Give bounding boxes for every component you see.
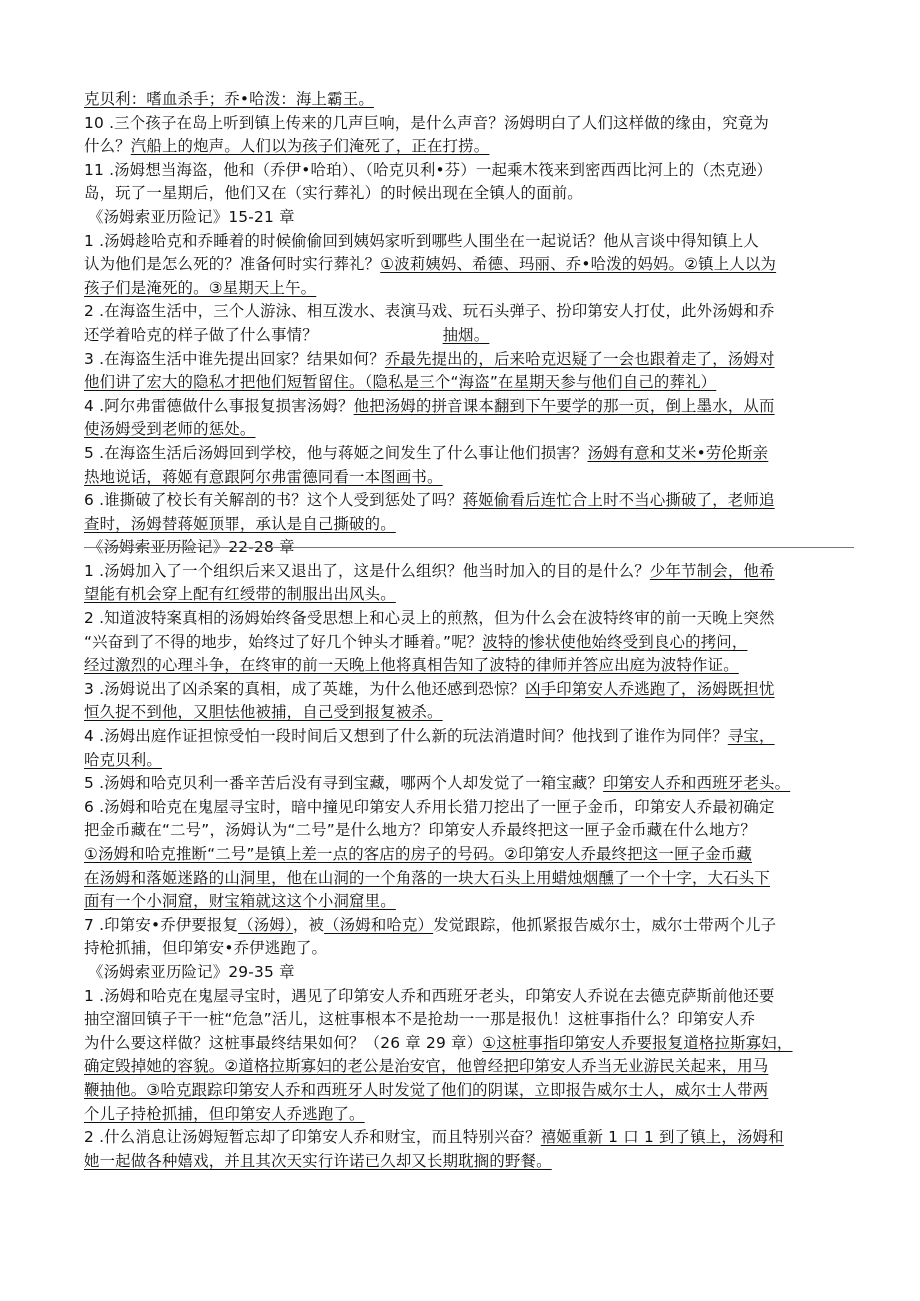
answer-text: 凶手印第安人乔逃跑了，汤姆既担忧: [525, 680, 774, 698]
question-text: 5 .在海盗生活后汤姆回到学校，他与蒋姬之间发生了什么事让他们损害？: [84, 444, 588, 462]
answer-text: 波特的惨状使他始终受到良心的拷问，: [482, 633, 747, 651]
text-line: 在汤姆和落姬迷路的山洞里，他在山洞的一个角落的一块大石头上用蜡烛烟醺了一个十字，…: [84, 867, 854, 891]
question-text: ，被: [293, 916, 324, 934]
answer-text: ①这桩事指印第安人乔要报复道格拉斯寡妇，: [482, 1034, 792, 1052]
question-text: 2 .知道波特案真相的汤姆始终备受思想上和心灵上的煎熬，但为什么会在波特终审的前…: [84, 609, 775, 627]
question-text: 4 .阿尔弗雷德做什么事报复损害汤姆？: [84, 397, 354, 415]
answer-text: 汤姆有意和艾米•劳伦斯亲: [588, 444, 769, 462]
question-text: “兴奋到了不得的地步，始终过了好几个钟头才睡着。”呢？: [84, 633, 482, 651]
answer-text: 他们讲了宏大的隐私才把他们短暂留住。（隐私是三个“海盗”在星期天参与他们自己的葬…: [84, 373, 716, 391]
section-divider: [84, 547, 854, 548]
text-line: 望能有机会穿上配有红绶带的制服出出风头。: [84, 583, 854, 607]
answer-text: 使汤姆受到老师的惩处。: [84, 420, 256, 438]
text-line: 1 .汤姆和哈克在鬼屋寻宝时，遇见了印第安人乔和西班牙老头，印第安人乔说在去德克…: [84, 985, 854, 1009]
text-line: 1 .汤姆加入了一个组织后来又退出了，这是什么组织？他当时加入的目的是什么？少年…: [84, 560, 854, 584]
question-text: 7 .印第安•乔伊要报复: [84, 916, 238, 934]
question-text: 岛，玩了一星期后，他们又在（实行葬礼）的时候出现在全镇人的面前。: [84, 184, 583, 202]
answer-text: 印第安人乔和西班牙老头。: [603, 774, 790, 792]
answer-text: 望能有机会穿上配有红绶带的制服出出风头。: [84, 585, 396, 603]
question-text: 11 .汤姆想当海盗，他和（乔伊•哈珀）、（哈克贝利•芬）一起乘木筏来到密西西比…: [84, 161, 772, 179]
answer-text: 克贝利：嗜血杀手；乔•哈泼：海上霸王。: [84, 90, 374, 108]
text-line: 克贝利：嗜血杀手；乔•哈泼：海上霸王。: [84, 88, 854, 112]
question-text: 2 .在海盗生活中，三个人游泳、相互泼水、表演马戏、玩石头弹子、扮印第安人打仗，…: [84, 302, 775, 320]
text-line: “兴奋到了不得的地步，始终过了好几个钟头才睡着。”呢？波特的惨状使他始终受到良心…: [84, 631, 854, 655]
text-line: 确定毁掉她的容貌。②道格拉斯寡妇的老公是治安官，他曾经把印第安人乔当无业游民关起…: [84, 1055, 854, 1079]
document-page: 克贝利：嗜血杀手；乔•哈泼：海上霸王。10 .三个孩子在岛上听到镇上传来的几声巨…: [84, 88, 854, 1173]
question-text: 5 .汤姆和哈克贝利一番辛苦后没有寻到宝藏，哪两个人却发觉了一箱宝藏？: [84, 774, 603, 792]
answer-text: 乔最先提出的，后来哈克迟疑了一会也跟着走了，汤姆对: [385, 350, 775, 368]
question-text: 还学着哈克的样子做了什么事情？: [84, 326, 443, 344]
section-heading: 《汤姆索亚历险记》29-35 章: [84, 961, 854, 985]
answer-text: 寻宝，: [728, 727, 775, 745]
text-line: 2 .什么消息让汤姆短暂忘却了印第安人乔和财宝，而且特别兴奋？禧姬重新 1 口 …: [84, 1126, 854, 1150]
text-line: 2 .在海盗生活中，三个人游泳、相互泼水、表演马戏、玩石头弹子、扮印第安人打仗，…: [84, 300, 854, 324]
text-line: 经过激烈的心理斗争，在终审的前一天晚上他将真相告知了波特的律师并答应出庭为波特作…: [84, 654, 854, 678]
text-line: 3 .汤姆说出了凶杀案的真相，成了英雄，为什么他还感到恐惊？凶手印第安人乔逃跑了…: [84, 678, 854, 702]
question-text: 1 .汤姆加入了一个组织后来又退出了，这是什么组织？他当时加入的目的是什么？: [84, 562, 650, 580]
answer-text: 孩子们是淹死的。③星期天上午。: [84, 279, 316, 297]
answer-text: （汤姆和哈克）: [324, 916, 433, 934]
text-line: 持枪抓捕，但印第安•乔伊逃跑了。: [84, 937, 854, 961]
text-line: 为什么要这样做？这桩事最终结果如何？（26 章 29 章）①这桩事指印第安人乔要…: [84, 1032, 854, 1056]
question-text: 6 .汤姆和哈克在鬼屋寻宝时，暗中撞见印第安人乔用长猎刀挖出了一匣子金币，印第安…: [84, 798, 775, 816]
answer-text: 她一起做各种嬉戏，并且其次天实行许诺已久却又长期耽搁的野餐。: [84, 1152, 552, 1170]
answer-text: ①波莉姨妈、希德、玛丽、乔•哈泼的妈妈。②镇上人以为: [380, 255, 776, 273]
question-text: 抽空溜回镇子干一桩“危急”活儿，这桩事根本不是抢劫一一那是报仇！这桩事指什么？印…: [84, 1010, 755, 1028]
question-text: 《汤姆索亚历险记》15-21 章: [88, 208, 295, 226]
text-line: 3 .在海盗生活中谁先提出回家？结果如何？乔最先提出的，后来哈克迟疑了一会也跟着…: [84, 348, 854, 372]
text-line: 查时，汤姆替蒋姬顶罪，承认是自己撕破的。: [84, 513, 854, 537]
text-line: 还学着哈克的样子做了什么事情？ 抽烟。: [84, 324, 854, 348]
text-line: 把金币藏在“二号”，汤姆认为“二号”是什么地方？印第安人乔最终把这一匣子金币藏在…: [84, 819, 854, 843]
text-line: 岛，玩了一星期后，他们又在（实行葬礼）的时候出现在全镇人的面前。: [84, 182, 854, 206]
text-line: 认为他们是怎么死的？准备何时实行葬礼？①波莉姨妈、希德、玛丽、乔•哈泼的妈妈。②…: [84, 253, 854, 277]
answer-text: 禧姬重新 1 口 1 到了镇上，汤姆和: [541, 1128, 784, 1146]
answer-text: 少年节制会，他希: [650, 562, 775, 580]
answer-text: ①汤姆和哈克推断“二号”是镇上差一点的客店的房子的号码。②印第安人乔最终把这一匣…: [84, 845, 752, 863]
answer-text: 确定毁掉她的容貌。②道格拉斯寡妇的老公是治安官，他曾经把印第安人乔当无业游民关起…: [84, 1057, 768, 1075]
question-text: 4 .汤姆出庭作证担惊受怕一段时间后又想到了什么新的玩法消遣时间？他找到了谁作为…: [84, 727, 728, 745]
text-line: 孩子们是淹死的。③星期天上午。: [84, 277, 854, 301]
question-text: 为什么要这样做？这桩事最终结果如何？（26 章 29 章）: [84, 1034, 482, 1052]
text-line: 抽空溜回镇子干一桩“危急”活儿，这桩事根本不是抢劫一一那是报仇！这桩事指什么？印…: [84, 1008, 854, 1032]
text-line: 热地说话，蒋姬有意跟阿尔弗雷德同看一本图画书。: [84, 466, 854, 490]
text-line: 她一起做各种嬉戏，并且其次天实行许诺已久却又长期耽搁的野餐。: [84, 1150, 854, 1174]
question-text: 认为他们是怎么死的？准备何时实行葬礼？: [84, 255, 380, 273]
text-line: 5 .在海盗生活后汤姆回到学校，他与蒋姬之间发生了什么事让他们损害？汤姆有意和艾…: [84, 442, 854, 466]
answer-text: （汤姆）: [238, 916, 293, 934]
answer-text: 蒋姬偷看后连忙合上时不当心撕破了，老师追: [463, 491, 775, 509]
question-text: 3 .汤姆说出了凶杀案的真相，成了英雄，为什么他还感到恐惊？: [84, 680, 525, 698]
answer-text: 个儿子持枪抓捕，但印第安人乔逃跑了。: [84, 1105, 365, 1123]
text-line: 6 .汤姆和哈克在鬼屋寻宝时，暗中撞见印第安人乔用长猎刀挖出了一匣子金币，印第安…: [84, 796, 854, 820]
question-text: 《汤姆索亚历险记》29-35 章: [88, 963, 295, 981]
text-line: 6 .谁撕破了校长有关解剖的书？这个人受到惩处了吗？蒋姬偷看后连忙合上时不当心撕…: [84, 489, 854, 513]
question-text: 3 .在海盗生活中谁先提出回家？结果如何？: [84, 350, 385, 368]
section-heading: 《汤姆索亚历险记》22-28 章: [84, 536, 854, 560]
answer-text: 经过激烈的心理斗争，在终审的前一天晚上他将真相告知了波特的律师并答应出庭为波特作…: [84, 656, 739, 674]
text-line: ①汤姆和哈克推断“二号”是镇上差一点的客店的房子的号码。②印第安人乔最终把这一匣…: [84, 843, 854, 867]
text-line: 2 .知道波特案真相的汤姆始终备受思想上和心灵上的煎熬，但为什么会在波特终审的前…: [84, 607, 854, 631]
text-line: 什么？汽船上的炮声。人们以为孩子们淹死了，正在打捞。: [84, 135, 854, 159]
text-line: 4 .阿尔弗雷德做什么事报复损害汤姆？他把汤姆的拼音课本翻到下午要学的那一页，倒…: [84, 395, 854, 419]
answer-text: 面有一个小洞窟，财宝箱就这这个小洞窟里。: [84, 892, 396, 910]
text-line: 7 .印第安•乔伊要报复（汤姆），被（汤姆和哈克）发觉跟踪，他抓紧报告威尔士，威…: [84, 914, 854, 938]
question-text: 2 .什么消息让汤姆短暂忘却了印第安人乔和财宝，而且特别兴奋？: [84, 1128, 541, 1146]
answer-text: 鞭抽他。③哈克跟踪印第安人乔和西班牙人时发觉了他们的阴谋，立即报告威尔士人，威尔…: [84, 1081, 768, 1099]
text-line: 11 .汤姆想当海盗，他和（乔伊•哈珀）、（哈克贝利•芬）一起乘木筏来到密西西比…: [84, 159, 854, 183]
question-text: 什么？: [84, 137, 131, 155]
question-text: 把金币藏在“二号”，汤姆认为“二号”是什么地方？印第安人乔最终把这一匣子金币藏在…: [84, 821, 756, 839]
question-text: 持枪抓捕，但印第安•乔伊逃跑了。: [84, 939, 327, 957]
answer-text: 在汤姆和落姬迷路的山洞里，他在山洞的一个角落的一块大石头上用蜡烛烟醺了一个十字，…: [84, 869, 770, 887]
answer-text: 他把汤姆的拼音课本翻到下午要学的那一页，倒上墨水，从而: [354, 397, 775, 415]
text-line: 他们讲了宏大的隐私才把他们短暂留住。（隐私是三个“海盗”在星期天参与他们自己的葬…: [84, 371, 854, 395]
question-text: 发觉跟踪，他抓紧报告威尔士，威尔士带两个儿子: [433, 916, 776, 934]
text-line: 10 .三个孩子在岛上听到镇上传来的几声巨响，是什么声音？汤姆明白了人们这样做的…: [84, 112, 854, 136]
text-line: 哈克贝利。: [84, 749, 854, 773]
answer-text: 哈克贝利。: [84, 751, 162, 769]
question-text: 1 .汤姆趁哈克和乔睡着的时候偷偷回到姨妈家听到哪些人围坐在一起说话？他从言谈中…: [84, 232, 759, 250]
text-line: 使汤姆受到老师的惩处。: [84, 418, 854, 442]
question-text: 10 .三个孩子在岛上听到镇上传来的几声巨响，是什么声音？汤姆明白了人们这样做的…: [84, 114, 769, 132]
text-line: 个儿子持枪抓捕，但印第安人乔逃跑了。: [84, 1103, 854, 1127]
text-line: 面有一个小洞窟，财宝箱就这这个小洞窟里。: [84, 890, 854, 914]
answer-text: 恒久捉不到他，又胆怯他被捕，自己受到报复被杀。: [84, 703, 443, 721]
answer-text: 查时，汤姆替蒋姬顶罪，承认是自己撕破的。: [84, 515, 396, 533]
text-line: 鞭抽他。③哈克跟踪印第安人乔和西班牙人时发觉了他们的阴谋，立即报告威尔士人，威尔…: [84, 1079, 854, 1103]
text-line: 5 .汤姆和哈克贝利一番辛苦后没有寻到宝藏，哪两个人却发觉了一箱宝藏？印第安人乔…: [84, 772, 854, 796]
text-line: 4 .汤姆出庭作证担惊受怕一段时间后又想到了什么新的玩法消遣时间？他找到了谁作为…: [84, 725, 854, 749]
answer-text: 热地说话，蒋姬有意跟阿尔弗雷德同看一本图画书。: [84, 468, 443, 486]
section-heading: 《汤姆索亚历险记》15-21 章: [84, 206, 854, 230]
question-text: 1 .汤姆和哈克在鬼屋寻宝时，遇见了印第安人乔和西班牙老头，印第安人乔说在去德克…: [84, 987, 775, 1005]
question-text: 6 .谁撕破了校长有关解剖的书？这个人受到惩处了吗？: [84, 491, 463, 509]
answer-text: 抽烟。: [443, 326, 490, 344]
answer-text: 汽船上的炮声。人们以为孩子们淹死了，正在打捞。: [131, 137, 490, 155]
text-line: 恒久捉不到他，又胆怯他被捕，自己受到报复被杀。: [84, 701, 854, 725]
text-line: 1 .汤姆趁哈克和乔睡着的时候偷偷回到姨妈家听到哪些人围坐在一起说话？他从言谈中…: [84, 230, 854, 254]
